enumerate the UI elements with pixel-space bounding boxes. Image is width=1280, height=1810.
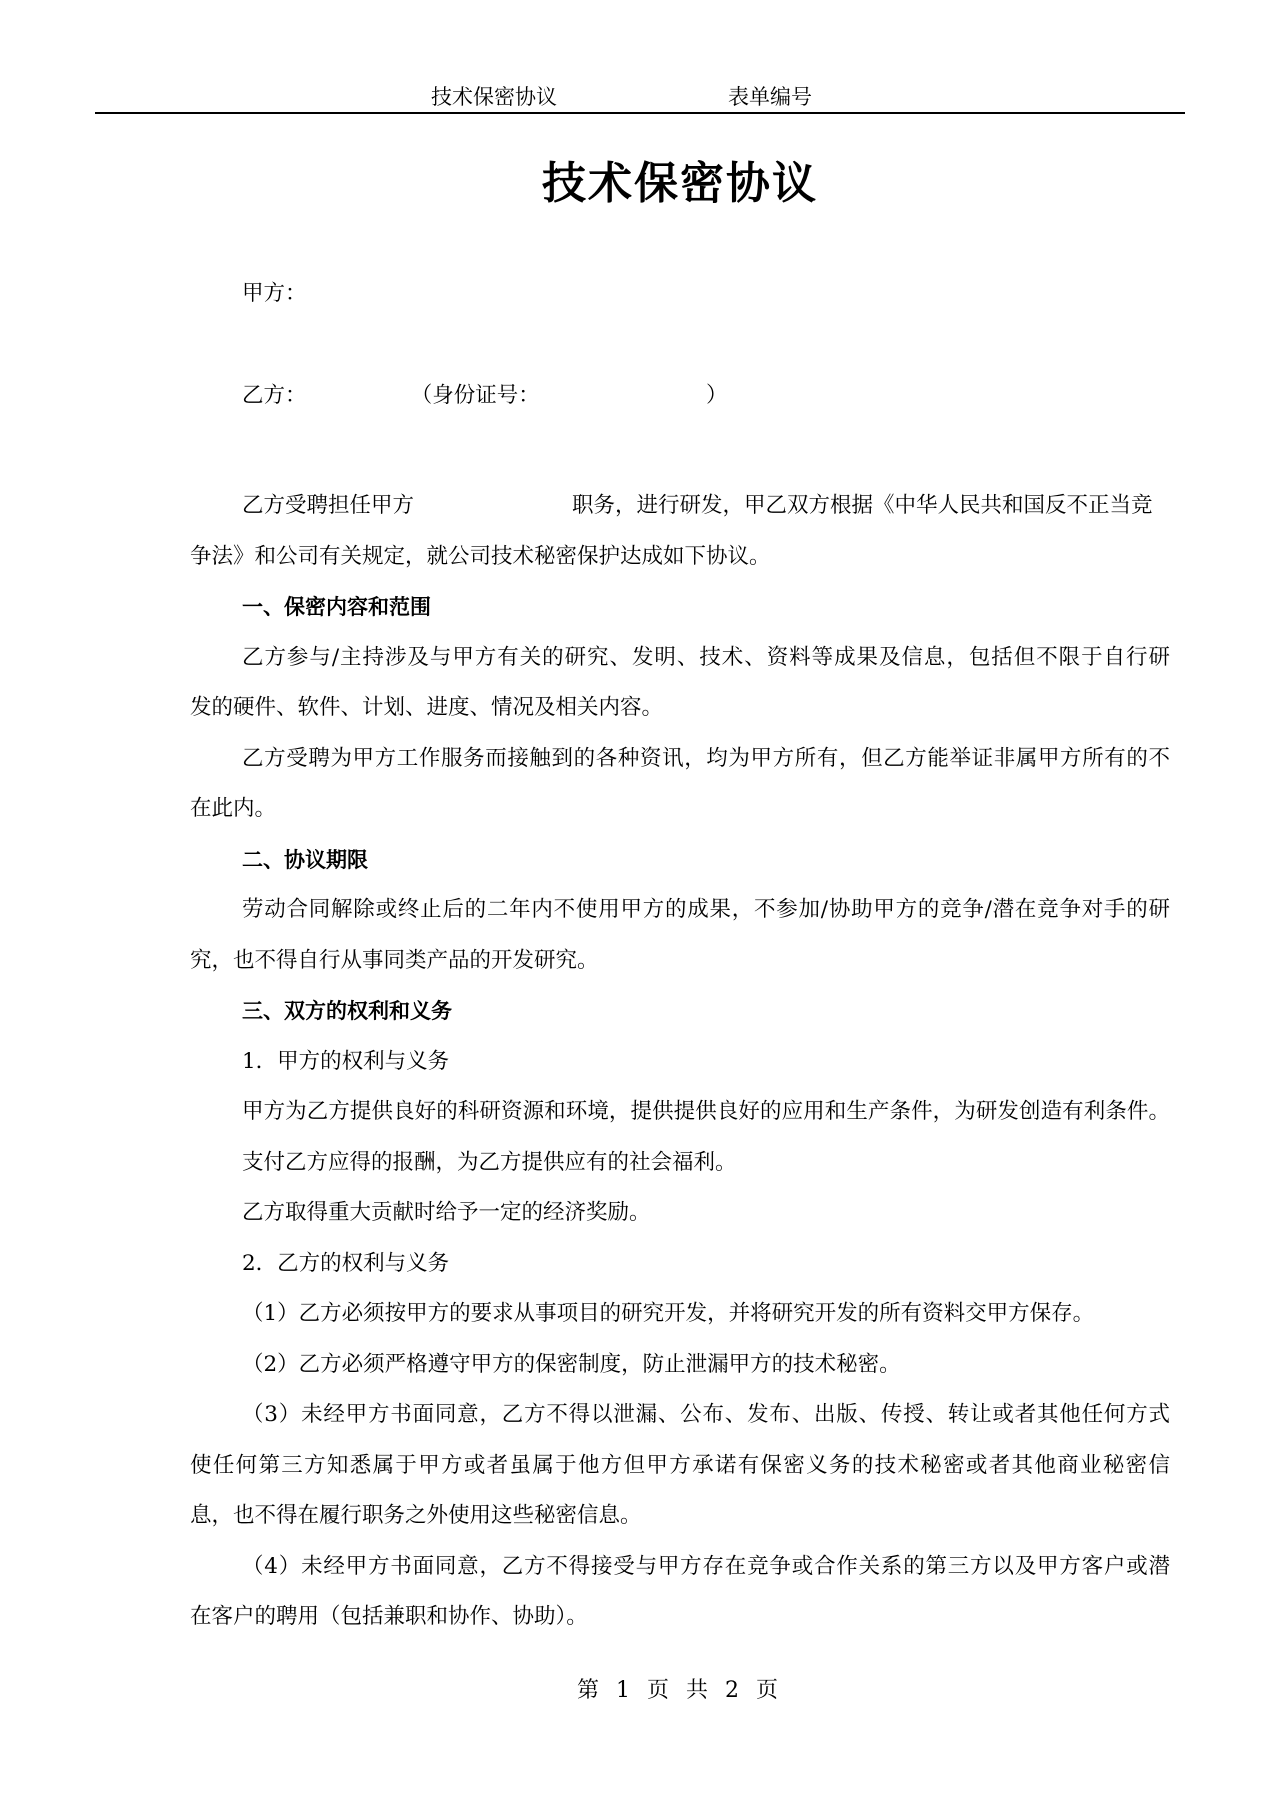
section-3-heading: 三、双方的权利和义务 xyxy=(190,986,1170,1037)
body-line: 在此内。 xyxy=(190,784,1170,835)
body-line: 甲方为乙方提供良好的科研资源和环境，提供提供良好的应用和生产条件，为研发创造有利… xyxy=(190,1087,1170,1138)
id-number-close-paren: ） xyxy=(706,383,728,408)
clause-1-line: （1）乙方必须按甲方的要求从事项目的研究开发，并将研究开发的所有资料交甲方保存。 xyxy=(190,1289,1170,1340)
running-header: 技术保密协议 表单编号 xyxy=(95,76,1185,114)
header-doc-title: 技术保密协议 xyxy=(431,81,557,111)
page-footer: 第 1 页 共 2 页 xyxy=(190,1668,1170,1714)
body-line: 究，也不得自行从事同类产品的开发研究。 xyxy=(190,936,1170,987)
body-line: 劳动合同解除或终止后的二年内不使用甲方的成果，不参加/协助甲方的竞争/潜在竞争对… xyxy=(190,885,1170,936)
clause-3-continuation: 使任何第三方知悉属于甲方或者虽属于他方但甲方承诺有保密义务的技术秘密或者其他商业… xyxy=(190,1441,1170,1492)
header-form-number-label: 表单编号 xyxy=(728,81,812,111)
section-2-heading: 二、协议期限 xyxy=(190,835,1170,886)
party-b-label: 乙方： xyxy=(242,383,307,408)
intro-line: 乙方受聘担任甲方职务，进行研发，甲乙双方根据《中华人民共和国反不正当竞 xyxy=(190,481,1170,532)
intro-continuation-line: 争法》和公司有关规定，就公司技术秘密保护达成如下协议。 xyxy=(190,532,1170,583)
subsection-1-heading: 1．甲方的权利与义务 xyxy=(190,1037,1170,1088)
document-body: 甲方： 乙方：（身份证号：） 乙方受聘担任甲方职务，进行研发，甲乙双方根据《中华… xyxy=(190,269,1170,1643)
intro-segment-1: 乙方受聘担任甲方 xyxy=(242,493,414,518)
body-line: 发的硬件、软件、计划、进度、情况及相关内容。 xyxy=(190,683,1170,734)
clause-3-line: （3）未经甲方书面同意，乙方不得以泄漏、公布、发布、出版、传授、转让或者其他任何… xyxy=(190,1390,1170,1441)
clause-2-line: （2）乙方必须严格遵守甲方的保密制度，防止泄漏甲方的技术秘密。 xyxy=(190,1340,1170,1391)
body-line: 支付乙方应得的报酬，为乙方提供应有的社会福利。 xyxy=(190,1138,1170,1189)
intro-segment-2: 职务，进行研发，甲乙双方根据《中华人民共和国反不正当竞 xyxy=(572,493,1153,518)
party-b-line: 乙方：（身份证号：） xyxy=(190,371,1170,422)
body-line: 乙方参与/主持涉及与甲方有关的研究、发明、技术、资料等成果及信息，包括但不限于自… xyxy=(190,633,1170,684)
clause-4-line: （4）未经甲方书面同意，乙方不得接受与甲方存在竞争或合作关系的第三方以及甲方客户… xyxy=(190,1542,1170,1593)
clause-4-continuation: 在客户的聘用（包括兼职和协作、协助）。 xyxy=(190,1592,1170,1643)
contract-document-page: 技术保密协议 表单编号 技术保密协议 甲方： 乙方：（身份证号：） 乙方受聘担任… xyxy=(0,0,1280,1810)
page-title: 技术保密协议 xyxy=(190,154,1170,214)
id-number-label: （身份证号： xyxy=(422,383,530,408)
party-a-line: 甲方： xyxy=(190,269,1170,320)
clause-3-continuation: 息，也不得在履行职务之外使用这些秘密信息。 xyxy=(190,1491,1170,1542)
section-1-heading: 一、保密内容和范围 xyxy=(190,582,1170,633)
subsection-2-heading: 2．乙方的权利与义务 xyxy=(190,1239,1170,1290)
body-line: 乙方取得重大贡献时给予一定的经济奖励。 xyxy=(190,1188,1170,1239)
body-line: 乙方受聘为甲方工作服务而接触到的各种资讯，均为甲方所有，但乙方能举证非属甲方所有… xyxy=(190,734,1170,785)
